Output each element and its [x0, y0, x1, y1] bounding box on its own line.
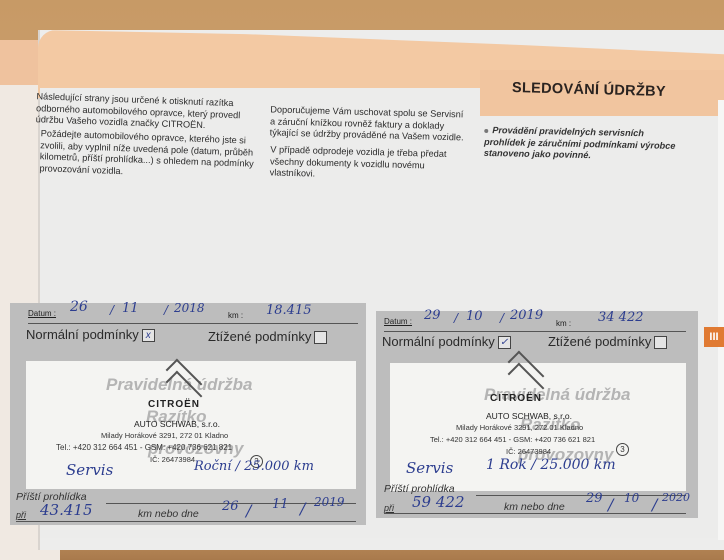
- dealer-phone: Tel.: +420 312 664 451 - GSM: +420 736 6…: [56, 443, 232, 452]
- service-note[interactable]: Servis: [66, 461, 113, 479]
- service-record-2: Datum : 29 / 10 / 2019 km : 34 422 Normá…: [376, 311, 698, 518]
- record-km[interactable]: 34 422: [598, 310, 644, 325]
- dealer-name: AUTO SCHWAB, s.r.o.: [134, 419, 220, 429]
- next-month[interactable]: 10: [624, 491, 639, 505]
- datum-label: Datum :: [28, 309, 56, 318]
- hard-conditions: Ztížené podmínky: [208, 329, 327, 344]
- dealer-phone: Tel.: +420 312 664 451 - GSM: +420 736 6…: [430, 435, 595, 444]
- record-year[interactable]: 2018: [174, 301, 205, 315]
- brand-logo-text: CITROËN: [148, 399, 200, 410]
- warranty-note-text: Provádění pravidelných servisních prohlí…: [484, 125, 676, 160]
- km-or-date-label: km nebo dne: [504, 501, 565, 513]
- next-month[interactable]: 11: [272, 497, 289, 512]
- datum-label: Datum :: [384, 317, 412, 326]
- intro-paragraph-2: Požádejte automobilového opravce, kteréh…: [39, 128, 254, 182]
- record-day[interactable]: 29: [424, 308, 441, 323]
- hard-conditions-label: Ztížené podmínky: [548, 334, 651, 349]
- normal-conditions: Normální podmínky✓: [382, 334, 511, 349]
- km-or-date-label: km nebo dne: [138, 508, 199, 520]
- hard-conditions-label: Ztížené podmínky: [208, 329, 311, 344]
- record-month[interactable]: 10: [466, 309, 483, 324]
- dealer-address: Milady Horákové 3291, 272 01 Kladno: [101, 431, 228, 440]
- brand-logo-text: CITROËN: [490, 393, 542, 404]
- normal-conditions-label: Normální podmínky: [26, 327, 139, 342]
- next-year[interactable]: 2019: [314, 495, 345, 509]
- service-note[interactable]: Servis: [406, 459, 453, 477]
- hard-conditions: Ztížené podmínky: [548, 334, 667, 349]
- chapter-tab[interactable]: III: [704, 327, 724, 347]
- intro-paragraph-3: Doporučujeme Vám uschovat spolu se Servi…: [270, 104, 471, 144]
- bullet-icon: [484, 128, 488, 132]
- dealer-ic: IČ: 26473984: [150, 455, 195, 464]
- hard-conditions-checkbox[interactable]: [314, 331, 327, 344]
- stamp-number: 3: [616, 443, 629, 456]
- warranty-note: Provádění pravidelných servisních prohlí…: [484, 125, 685, 164]
- next-day[interactable]: 29: [586, 491, 603, 506]
- dealer-stamp-area: Pravidelná údržba Razítko provozovny CIT…: [390, 363, 686, 491]
- normal-conditions-checkbox[interactable]: x: [142, 329, 155, 342]
- record-day[interactable]: 26: [70, 299, 88, 315]
- next-km[interactable]: 43.415: [40, 501, 93, 519]
- hard-conditions-checkbox[interactable]: [654, 336, 667, 349]
- dealer-address: Milady Horákové 3291, 272 01 Kladno: [456, 423, 583, 432]
- intro-paragraph-4: V případě odprodeje vozidla je třeba pře…: [270, 144, 471, 184]
- normal-conditions-label: Normální podmínky: [382, 334, 495, 349]
- normal-conditions-checkbox[interactable]: ✓: [498, 336, 511, 349]
- next-km[interactable]: 59 422: [412, 493, 465, 511]
- at-label: při: [16, 510, 26, 520]
- at-label: při: [384, 503, 394, 513]
- dealer-ic: IČ: 26473984: [506, 447, 551, 456]
- next-day[interactable]: 26: [222, 499, 239, 514]
- dealer-stamp-area: Pravidelná údržba Razítko provozovny CIT…: [26, 361, 356, 489]
- record-km[interactable]: 18.415: [266, 303, 312, 318]
- next-year[interactable]: 2020: [662, 491, 690, 504]
- right-page-edge: [718, 100, 724, 540]
- record-month[interactable]: 11: [122, 301, 139, 316]
- normal-conditions: Normální podmínkyx: [26, 327, 155, 342]
- service-interval-note[interactable]: 1 Rok / 25.000 km: [486, 457, 616, 473]
- record-year[interactable]: 2019: [510, 308, 543, 323]
- km-label: km :: [556, 319, 571, 328]
- service-interval-note[interactable]: Roční / 25.000 km: [194, 459, 314, 474]
- km-label: km :: [228, 311, 243, 320]
- service-record-1: Datum : 26 / 11 / 2018 km : 18.415 Normá…: [10, 303, 366, 525]
- dealer-name: AUTO SCHWAB, s.r.o.: [486, 411, 572, 421]
